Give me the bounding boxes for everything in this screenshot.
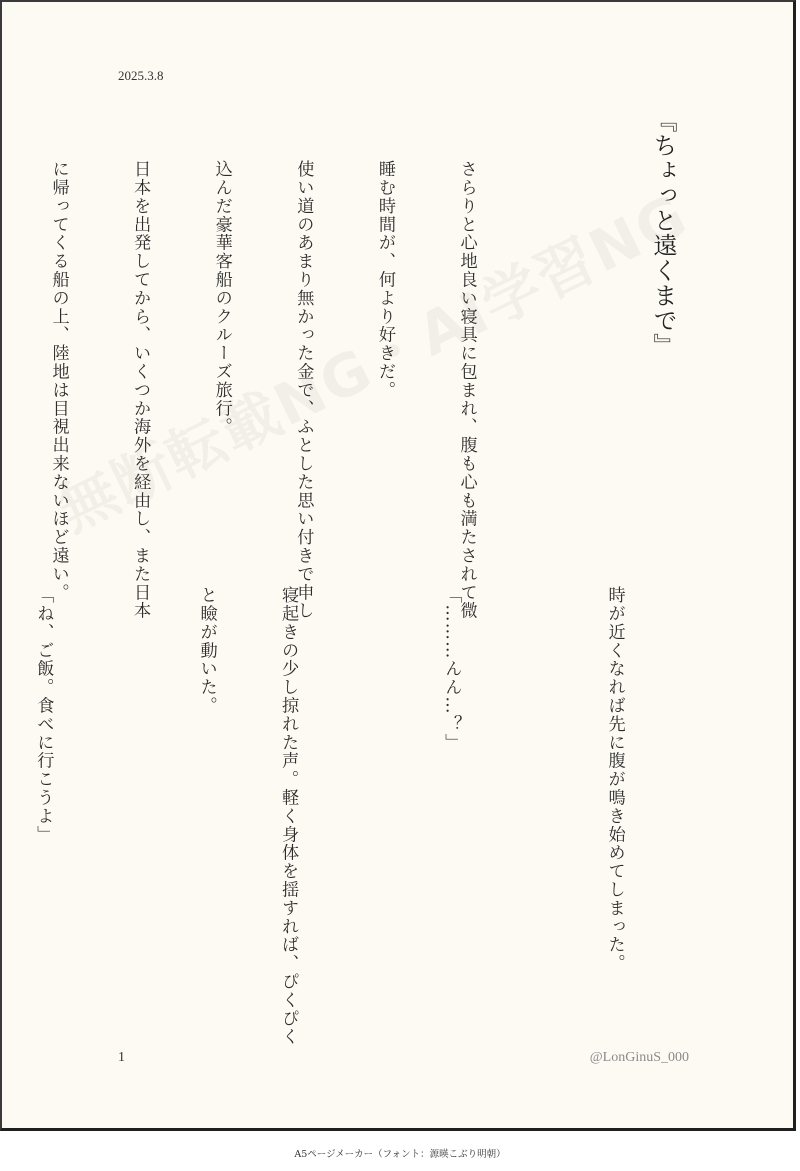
- text-column: 日本を出発してから、いくつか海外を経由し、また日本: [126, 160, 153, 580]
- lower-text-block: 時が近くなれば先に腹が鳴き始めてしまった。 「………んん…？」 寝起きの少し掠れ…: [0, 586, 682, 1016]
- text-column: 込んだ豪華客船のクルーズ旅行。: [208, 160, 235, 580]
- blank-column: [519, 586, 546, 1016]
- text-column: さらりと心地良い寝具に包まれ、腹も心も満たされて微: [452, 160, 479, 580]
- text-column: 時が近くなれば先に腹が鳴き始めてしまった。: [600, 586, 627, 1016]
- text-column: 使い道のあまり無かった金で、ふとした思い付きで申し: [289, 160, 316, 580]
- text-column: 睡む時間が、何より好きだ。: [371, 160, 398, 580]
- text-column: に帰ってくる船の上、陸地は目視出来ないほど遠い。: [44, 160, 71, 580]
- dialogue-column: 「………んん…？」: [437, 586, 464, 1016]
- generator-caption: A5ページメーカー（フォント：源暎こぶり明朝）: [0, 1146, 800, 1160]
- author-handle: @LonGinuS_000: [590, 1050, 689, 1066]
- page-number: 1: [118, 1050, 125, 1066]
- dialogue-column: 「ね、ご飯。食べに行こうよ」: [29, 586, 56, 1016]
- text-column: 寝起きの少し掠れた声。軽く身体を揺すれば、ぴくぴく: [274, 586, 301, 1016]
- blank-column: [111, 586, 138, 1016]
- text-column: と瞼が動いた。: [192, 586, 219, 1016]
- story-title: 『ちょっと遠くまで』: [648, 108, 678, 358]
- upper-text-block: さらりと心地良い寝具に包まれ、腹も心も満たされて微 睡む時間が、何より好きだ。 …: [0, 160, 534, 580]
- blank-column: [356, 586, 383, 1016]
- novel-page: 無断転載NG・AI学習NG 2025.3.8 『ちょっと遠くまで』 さらりと心地…: [0, 0, 796, 1131]
- date-label: 2025.3.8: [118, 68, 164, 84]
